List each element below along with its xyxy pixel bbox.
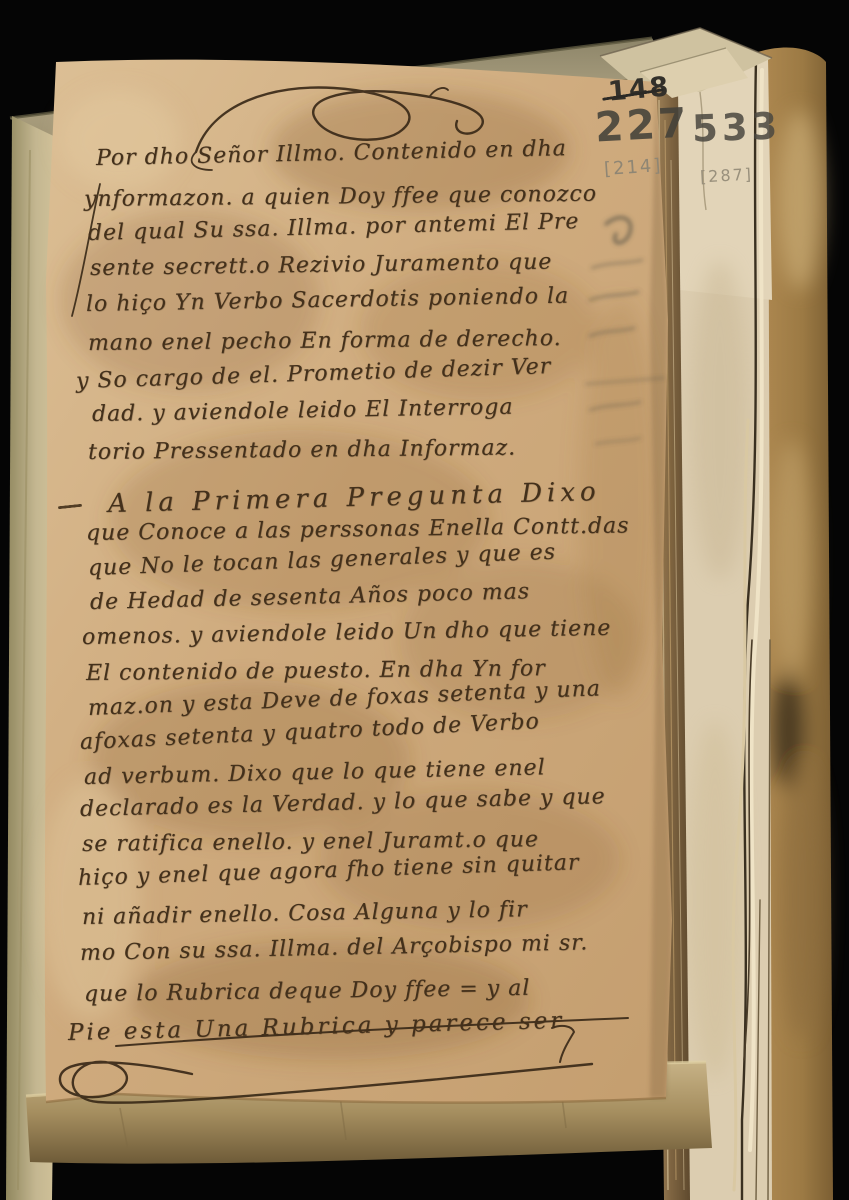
manuscript-photo: 148 227 [214] 533 [287] Por dho Señor Il…	[0, 0, 849, 1200]
manuscript-line: ynformazon. a quien Doy ffee que conozco	[84, 181, 597, 211]
page-number-pencil: 227	[594, 99, 691, 152]
next-page-number: 533	[691, 104, 782, 150]
page-number-bracketed: [214]	[603, 155, 663, 180]
manuscript-line: mano enel pecho En forma de derecho.	[88, 326, 562, 356]
next-page-number-bracketed: [287]	[700, 165, 754, 187]
manuscript-line: torio Pressentado en dha Informaz.	[88, 436, 516, 465]
manuscript-line: se ratifica enello. y enel Juramt.o que	[82, 827, 539, 857]
